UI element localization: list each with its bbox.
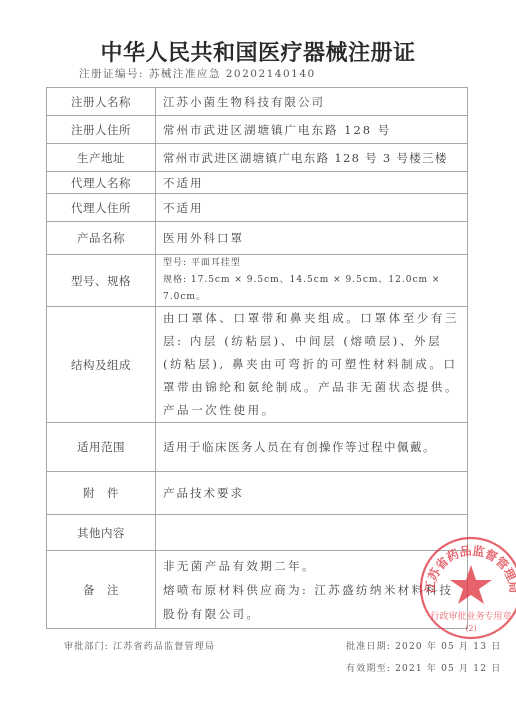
remark-line: 熔喷布原材料供应商为: 江苏盛纺纳米材料科技股份有限公司。: [163, 578, 467, 626]
remark-line: 非无菌产品有效期二年。: [163, 554, 467, 578]
table-row: 备 注 非无菌产品有效期二年。 熔喷布原材料供应商为: 江苏盛纺纳米材料科技股份…: [47, 551, 468, 629]
row-value: 型号: 平面耳挂型 规格: 17.5cm × 9.5cm、14.5cm × 9.…: [156, 255, 468, 307]
row-label: 型号、规格: [47, 255, 156, 307]
approval-date: 批准日期: 2020 年 05 月 13 日: [346, 639, 501, 652]
row-label: 代理人名称: [47, 172, 156, 194]
table-row: 生产地址 常州市武进区湖塘镇广电东路 128 号 3 号楼三楼: [47, 144, 468, 172]
row-value: 常州市武进区湖塘镇广电东路 128 号: [156, 116, 468, 144]
row-value: 由口罩体、口罩带和鼻夹组成。口罩体至少有三层: 内层 (纺粘层)、中间层 (熔喷…: [156, 307, 468, 423]
row-label: 注册人名称: [47, 88, 156, 116]
row-label: 注册人住所: [47, 116, 156, 144]
spec-line: 规格: 17.5cm × 9.5cm、14.5cm × 9.5cm、12.0cm…: [163, 272, 467, 306]
row-value: 非无菌产品有效期二年。 熔喷布原材料供应商为: 江苏盛纺纳米材料科技股份有限公司…: [156, 551, 468, 629]
certificate-table: 注册人名称 江苏小菌生物科技有限公司 注册人住所 常州市武进区湖塘镇广电东路 1…: [46, 87, 468, 629]
row-label: 生产地址: [47, 144, 156, 172]
row-value: 不适用: [156, 194, 468, 222]
row-label: 结构及组成: [47, 307, 156, 423]
row-label: 产品名称: [47, 222, 156, 255]
table-row: 注册人名称 江苏小菌生物科技有限公司: [47, 88, 468, 116]
table-row: 代理人住所 不适用: [47, 194, 468, 222]
row-value: 产品技术要求: [156, 472, 468, 515]
row-value: 常州市武进区湖塘镇广电东路 128 号 3 号楼三楼: [156, 144, 468, 172]
table-row: 代理人名称 不适用: [47, 172, 468, 194]
model-line: 型号: 平面耳挂型: [163, 255, 467, 272]
table-row: 其他内容: [47, 515, 468, 551]
table-row: 注册人住所 常州市武进区湖塘镇广电东路 128 号: [47, 116, 468, 144]
row-label: 代理人住所: [47, 194, 156, 222]
row-value: [156, 515, 468, 551]
registration-number-label: 注册证编号:: [79, 68, 144, 80]
row-label: 其他内容: [47, 515, 156, 551]
row-label: 附 件: [47, 472, 156, 515]
structure-text: 由口罩体、口罩带和鼻夹组成。口罩体至少有三层: 内层 (纺粘层)、中间层 (熔喷…: [163, 307, 467, 422]
table-row: 适用范围 适用于临床医务人员在有创操作等过程中佩戴。: [47, 423, 468, 472]
registration-number: 注册证编号: 苏械注准应急 20202140140: [79, 66, 316, 81]
row-label: 适用范围: [47, 423, 156, 472]
row-value: 医用外科口罩: [156, 222, 468, 255]
table-row: 型号、规格 型号: 平面耳挂型 规格: 17.5cm × 9.5cm、14.5c…: [47, 255, 468, 307]
row-value: 不适用: [156, 172, 468, 194]
table-row: 附 件 产品技术要求: [47, 472, 468, 515]
registration-number-value: 苏械注准应急 20202140140: [149, 68, 316, 80]
document-title: 中华人民共和国医疗器械注册证: [0, 36, 516, 67]
table-row: 结构及组成 由口罩体、口罩带和鼻夹组成。口罩体至少有三层: 内层 (纺粘层)、中…: [47, 307, 468, 423]
row-value: 江苏小菌生物科技有限公司: [156, 88, 468, 116]
table-row: 产品名称 医用外科口罩: [47, 222, 468, 255]
valid-until: 有效期至: 2021 年 05 月 12 日: [346, 661, 501, 674]
approval-department: 审批部门: 江苏省药品监督管理局: [64, 639, 215, 652]
row-label: 备 注: [47, 551, 156, 629]
row-value: 适用于临床医务人员在有创操作等过程中佩戴。: [156, 423, 468, 472]
